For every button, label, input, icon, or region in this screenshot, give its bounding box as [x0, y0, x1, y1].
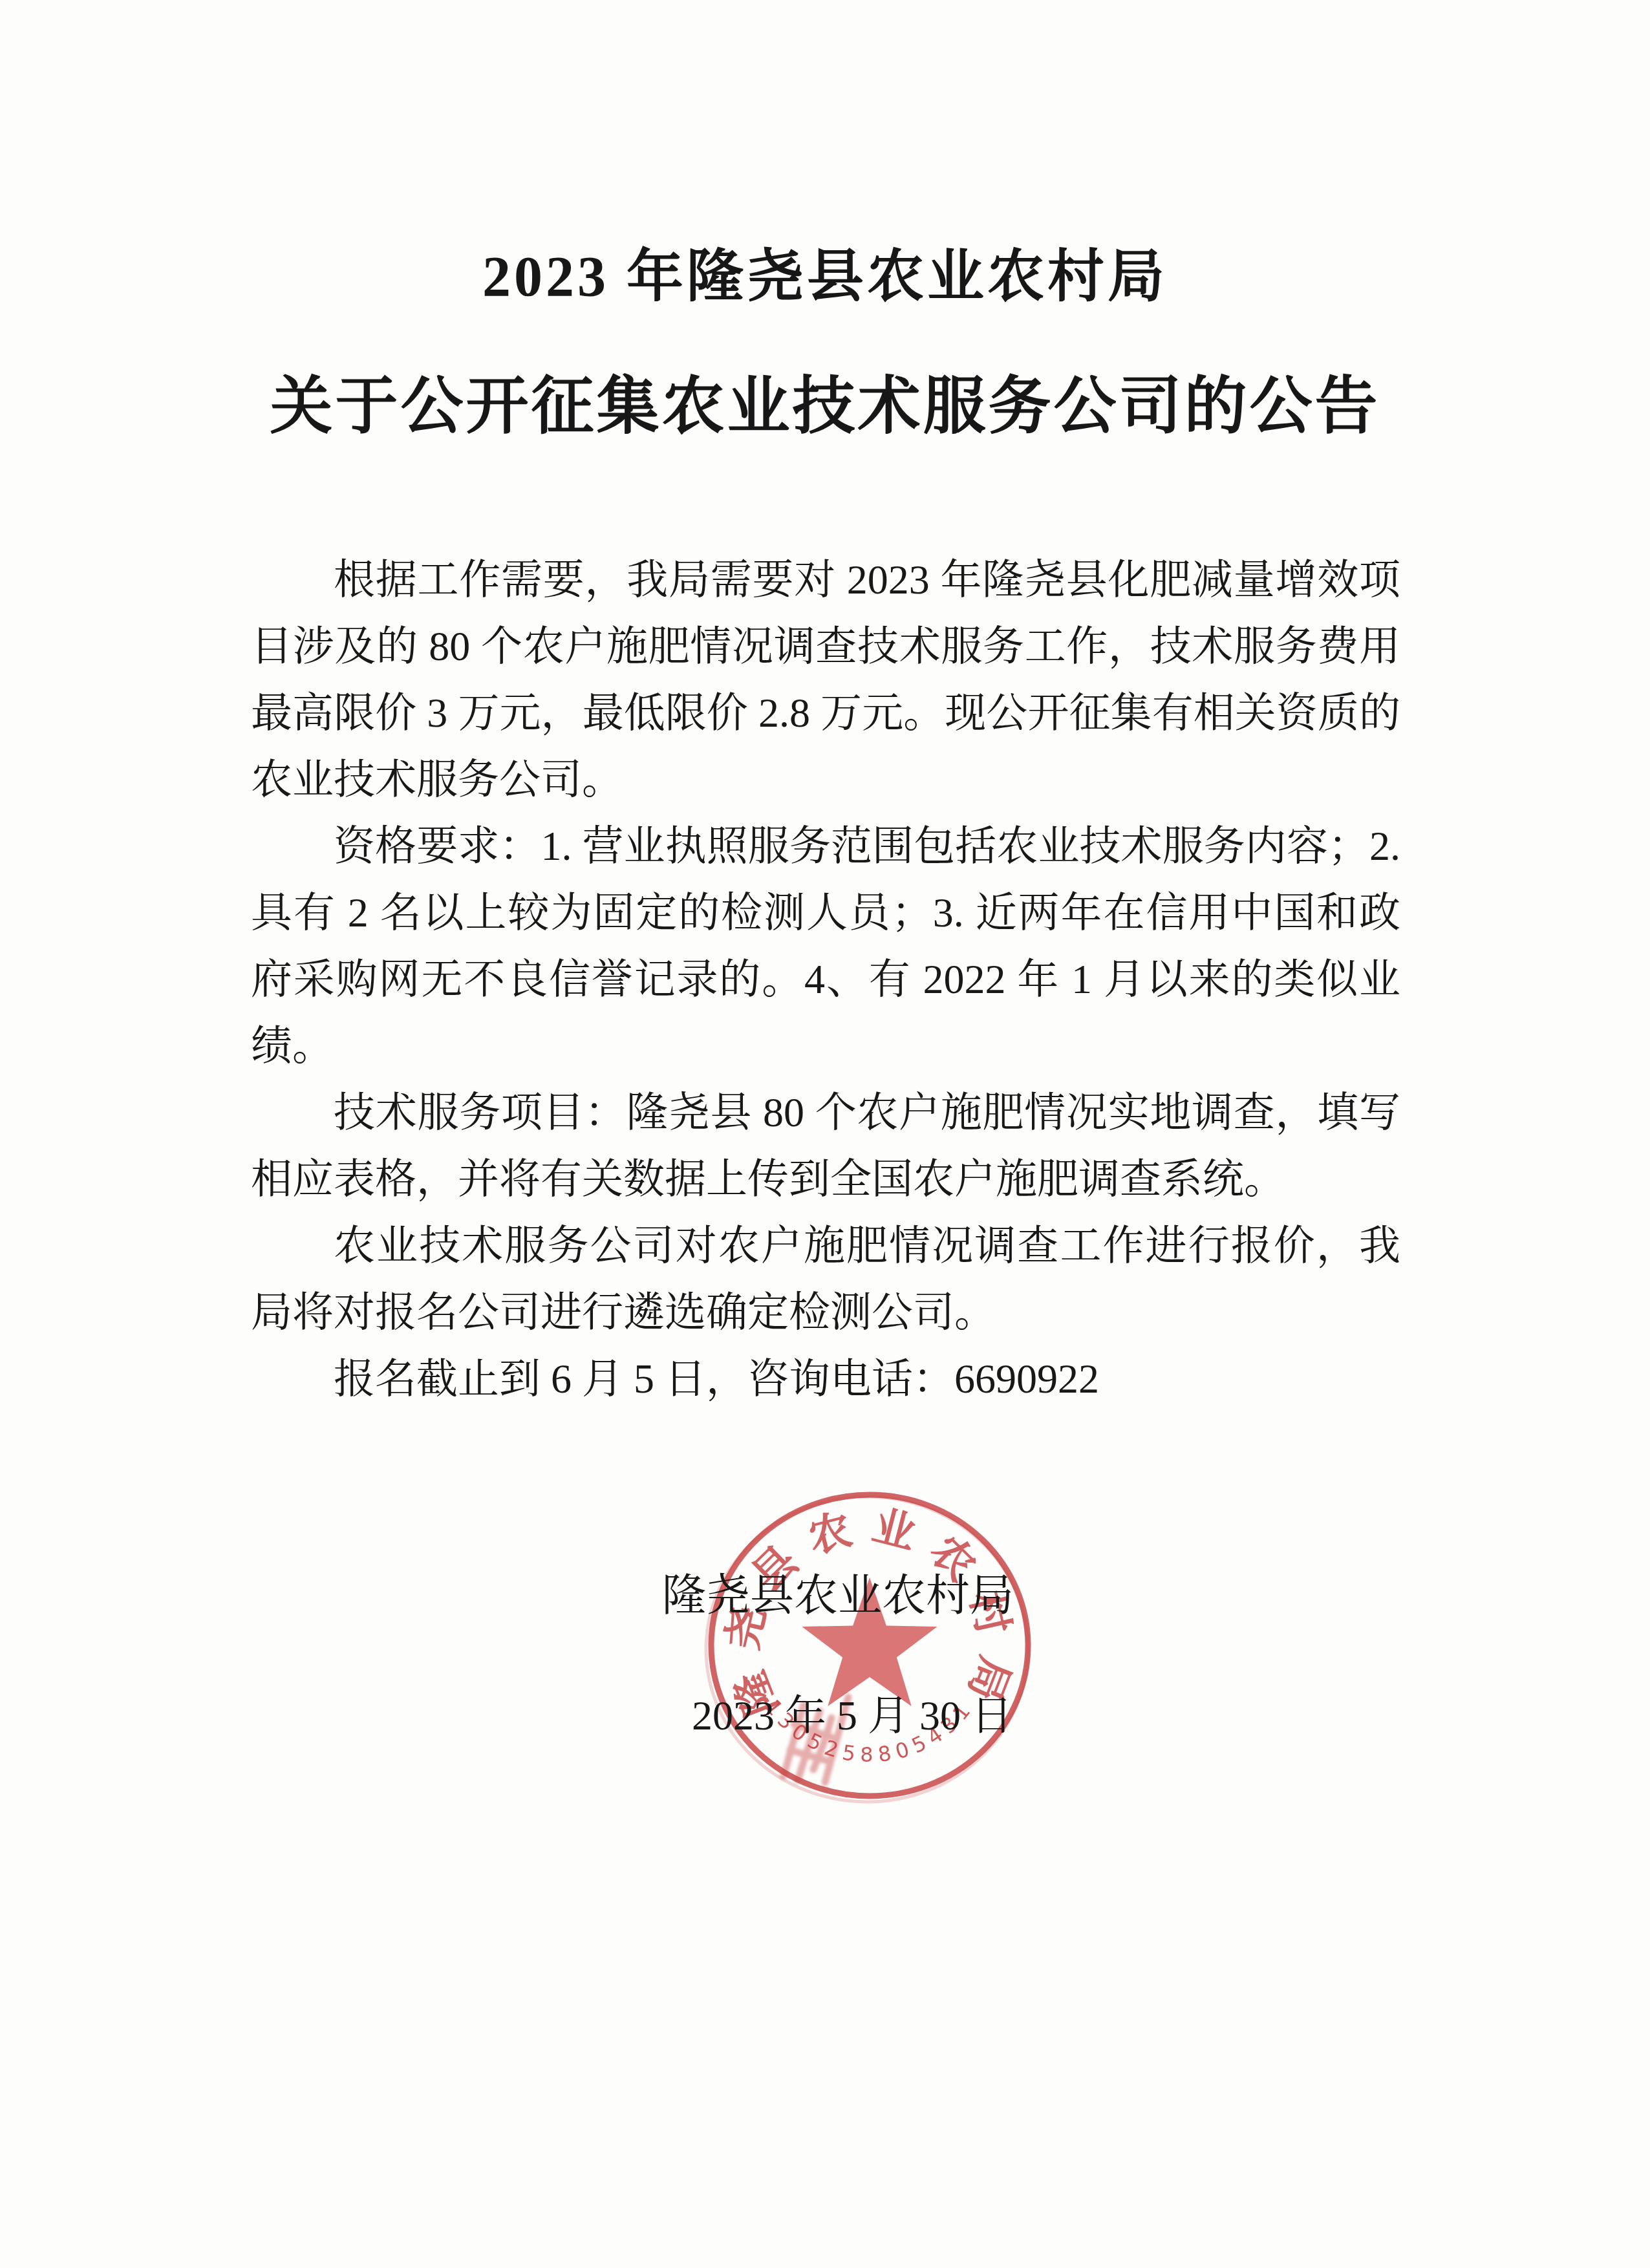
paragraph-service-items: 技术服务项目：隆尧县 80 个农户施肥情况实地调查，填写相应表格，并将有关数据上…	[251, 1079, 1400, 1212]
paragraph-qualifications: 资格要求：1. 营业执照服务范围包括农业技术服务内容；2. 具有 2 名以上较为…	[251, 813, 1400, 1079]
signature-organization: 隆尧县农业农村局	[662, 1574, 1014, 1618]
signature-date: 2023 年 5 月 30 日	[692, 1695, 1012, 1737]
document-body: 根据工作需要，我局需要对 2023 年隆尧县化肥减量增效项目涉及的 80 个农户…	[251, 546, 1400, 1412]
official-seal-stamp: 隆尧县农业农村局 1305258805431	[698, 1484, 1041, 1807]
paragraph-intro: 根据工作需要，我局需要对 2023 年隆尧县化肥减量增效项目涉及的 80 个农户…	[251, 546, 1400, 813]
document-title-line2: 关于公开征集农业技术服务公司的公告	[0, 374, 1650, 440]
scanned-announcement-page: 2023 年隆尧县农业农村局 关于公开征集农业技术服务公司的公告 根据工作需要，…	[0, 0, 1650, 2268]
document-title-line1: 2023 年隆尧县农业农村局	[0, 249, 1650, 306]
paragraph-deadline-phone: 报名截止到 6 月 5 日，咨询电话：6690922	[251, 1345, 1400, 1412]
paragraph-quotation: 农业技术服务公司对农户施肥情况调查工作进行报价，我局将对报名公司进行遴选确定检测…	[251, 1212, 1400, 1345]
